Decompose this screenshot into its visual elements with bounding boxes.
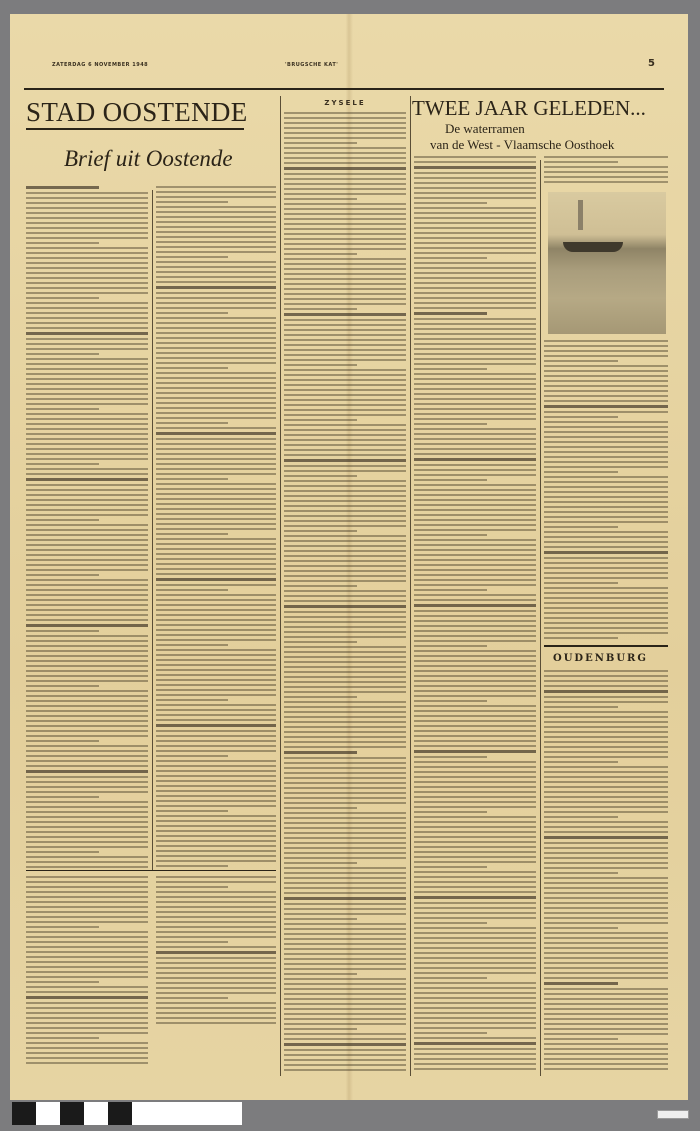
text-line bbox=[414, 730, 536, 732]
text-line bbox=[544, 421, 668, 423]
text-line bbox=[284, 1049, 406, 1051]
text-line bbox=[284, 258, 406, 260]
text-line bbox=[414, 876, 536, 878]
text-line bbox=[26, 443, 148, 445]
text-line bbox=[156, 1017, 276, 1019]
text-line bbox=[26, 891, 148, 893]
text-line bbox=[284, 646, 406, 648]
text-line bbox=[156, 982, 276, 984]
text-line bbox=[26, 307, 148, 309]
text-line bbox=[284, 580, 406, 582]
text-line bbox=[26, 217, 148, 219]
text-line bbox=[414, 519, 536, 521]
text-line bbox=[26, 222, 148, 224]
text-line bbox=[26, 695, 148, 697]
text-line bbox=[544, 171, 668, 173]
text-line bbox=[544, 756, 668, 758]
text-line bbox=[544, 766, 668, 768]
text-line bbox=[156, 936, 276, 938]
text-line bbox=[414, 413, 536, 415]
text-line bbox=[284, 681, 406, 683]
text-line bbox=[284, 711, 406, 713]
text-line bbox=[156, 992, 276, 994]
text-line bbox=[284, 968, 406, 970]
text-line bbox=[284, 117, 406, 119]
text-line bbox=[284, 213, 406, 215]
text-line bbox=[284, 882, 406, 884]
column-rule bbox=[152, 190, 153, 870]
text-line bbox=[156, 463, 276, 465]
text-line bbox=[544, 602, 668, 604]
text-line bbox=[26, 961, 148, 963]
section-title-rule bbox=[26, 128, 244, 130]
text-line bbox=[26, 816, 148, 818]
text-line bbox=[26, 463, 99, 465]
text-line bbox=[26, 861, 148, 863]
text-line bbox=[156, 186, 276, 188]
text-line bbox=[414, 740, 536, 742]
text-line bbox=[156, 674, 276, 676]
text-line bbox=[284, 444, 406, 446]
text-line bbox=[414, 912, 536, 914]
text-line bbox=[284, 651, 406, 653]
text-line bbox=[544, 806, 668, 808]
text-line bbox=[544, 637, 618, 639]
text-line bbox=[414, 1017, 536, 1019]
column-rule bbox=[540, 160, 541, 1076]
text-line bbox=[284, 545, 406, 547]
text-line bbox=[26, 796, 99, 798]
text-line bbox=[414, 851, 536, 853]
text-line bbox=[156, 216, 276, 218]
text-line bbox=[544, 932, 668, 934]
text-line bbox=[414, 886, 536, 888]
text-line bbox=[414, 343, 536, 345]
text-line bbox=[284, 500, 406, 502]
text-line bbox=[414, 549, 536, 551]
text-line bbox=[26, 966, 148, 968]
text-line bbox=[414, 312, 487, 315]
text-line bbox=[544, 511, 668, 513]
text-line bbox=[284, 812, 406, 814]
text-line bbox=[414, 277, 536, 279]
text-line bbox=[156, 553, 276, 555]
text-line bbox=[284, 666, 406, 668]
text-line bbox=[26, 368, 148, 370]
text-line bbox=[156, 266, 276, 268]
text-line bbox=[26, 428, 148, 430]
text-line bbox=[156, 563, 276, 565]
text-line bbox=[544, 375, 668, 377]
text-line bbox=[156, 548, 276, 550]
text-line bbox=[414, 333, 536, 335]
text-line bbox=[414, 655, 536, 657]
text-line bbox=[26, 1022, 148, 1024]
text-line bbox=[284, 641, 357, 643]
text-line bbox=[544, 617, 668, 619]
text-line bbox=[284, 767, 406, 769]
text-line bbox=[544, 912, 668, 914]
text-line bbox=[284, 1028, 357, 1030]
text-line bbox=[414, 156, 536, 158]
text-line bbox=[284, 676, 406, 678]
text-line bbox=[284, 203, 406, 205]
text-line bbox=[544, 385, 668, 387]
text-line bbox=[544, 746, 668, 748]
text-line bbox=[284, 278, 406, 280]
text-line bbox=[156, 780, 276, 782]
text-line bbox=[544, 831, 668, 833]
text-line bbox=[544, 811, 668, 813]
text-line bbox=[156, 508, 276, 510]
text-line bbox=[284, 988, 406, 990]
text-line bbox=[544, 501, 668, 503]
text-line bbox=[156, 624, 276, 626]
text-line bbox=[414, 524, 536, 526]
text-line bbox=[414, 997, 536, 999]
text-line bbox=[544, 481, 668, 483]
text-line bbox=[284, 122, 406, 124]
text-line bbox=[26, 574, 99, 576]
text-line bbox=[156, 332, 276, 334]
text-line bbox=[26, 609, 148, 611]
text-line bbox=[156, 709, 276, 711]
text-line bbox=[26, 821, 148, 823]
text-line bbox=[26, 413, 148, 415]
text-line bbox=[26, 665, 148, 667]
text-line bbox=[544, 476, 668, 478]
text-line bbox=[544, 577, 668, 579]
text-line bbox=[26, 232, 148, 234]
text-line bbox=[284, 741, 406, 743]
text-line bbox=[26, 750, 148, 752]
text-line bbox=[284, 329, 406, 331]
text-line bbox=[544, 181, 668, 183]
text-line bbox=[156, 911, 276, 913]
text-line bbox=[284, 147, 406, 149]
text-line bbox=[26, 931, 148, 933]
text-line bbox=[26, 1027, 148, 1029]
text-line bbox=[414, 766, 536, 768]
text-line bbox=[544, 998, 668, 1000]
text-line bbox=[156, 261, 276, 263]
text-line bbox=[26, 1032, 148, 1034]
text-line bbox=[414, 172, 536, 174]
text-line bbox=[156, 765, 276, 767]
text-line bbox=[284, 661, 406, 663]
text-line bbox=[156, 694, 276, 696]
text-line bbox=[156, 962, 276, 964]
text-line bbox=[414, 715, 536, 717]
text-line bbox=[414, 484, 536, 486]
text-line bbox=[284, 872, 406, 874]
column-rule bbox=[280, 96, 281, 1076]
text-line bbox=[414, 967, 536, 969]
text-line bbox=[414, 685, 536, 687]
text-line bbox=[544, 801, 668, 803]
section-title-stad-oostende: STAD OOSTENDE bbox=[26, 97, 247, 128]
text-column-4 bbox=[414, 156, 536, 1072]
text-line bbox=[156, 297, 276, 299]
text-line bbox=[414, 650, 536, 652]
text-line bbox=[26, 458, 148, 460]
text-line bbox=[156, 407, 276, 409]
text-line bbox=[26, 705, 148, 707]
text-line bbox=[414, 353, 536, 355]
text-line bbox=[544, 902, 668, 904]
text-line bbox=[414, 750, 536, 753]
text-line bbox=[544, 395, 668, 397]
text-line bbox=[284, 998, 406, 1000]
text-line bbox=[284, 1069, 406, 1071]
text-line bbox=[544, 491, 668, 493]
text-line bbox=[26, 791, 148, 793]
text-line bbox=[26, 272, 148, 274]
header-rule bbox=[24, 88, 664, 90]
text-line bbox=[26, 423, 148, 425]
text-line bbox=[284, 193, 406, 195]
text-line bbox=[284, 983, 406, 985]
text-line bbox=[414, 509, 536, 511]
text-line bbox=[414, 756, 487, 758]
text-line bbox=[156, 850, 276, 852]
text-line bbox=[26, 524, 148, 526]
text-line bbox=[156, 327, 276, 329]
text-line bbox=[414, 947, 536, 949]
text-line bbox=[26, 378, 148, 380]
text-line bbox=[414, 554, 536, 556]
text-line bbox=[284, 263, 406, 265]
text-line bbox=[26, 836, 148, 838]
text-line bbox=[284, 369, 406, 371]
text-line bbox=[26, 936, 148, 938]
page-number: 5 bbox=[648, 58, 655, 69]
text-line bbox=[26, 277, 148, 279]
text-line bbox=[284, 434, 406, 436]
text-line bbox=[26, 509, 148, 511]
text-line bbox=[156, 286, 276, 289]
text-line bbox=[26, 660, 148, 662]
text-line bbox=[156, 719, 276, 721]
text-line bbox=[544, 156, 668, 158]
text-line bbox=[414, 323, 536, 325]
text-line bbox=[26, 514, 148, 516]
text-line bbox=[156, 528, 276, 530]
text-line bbox=[284, 152, 406, 154]
text-line bbox=[26, 373, 148, 375]
text-line bbox=[414, 801, 536, 803]
text-line bbox=[156, 498, 276, 500]
text-line bbox=[156, 1022, 276, 1024]
text-line bbox=[26, 227, 148, 229]
text-line bbox=[284, 359, 406, 361]
text-line bbox=[26, 619, 148, 621]
text-line bbox=[26, 730, 148, 732]
text-line bbox=[26, 499, 148, 501]
text-line bbox=[544, 627, 668, 629]
text-line bbox=[544, 927, 618, 929]
text-line bbox=[414, 922, 487, 924]
text-line bbox=[414, 464, 536, 466]
text-line bbox=[284, 364, 357, 366]
text-line bbox=[26, 287, 148, 289]
text-line bbox=[414, 292, 536, 294]
text-line bbox=[544, 701, 668, 703]
text-line bbox=[414, 796, 536, 798]
text-line bbox=[414, 373, 536, 375]
text-line bbox=[414, 725, 536, 727]
text-line bbox=[284, 595, 406, 597]
text-line bbox=[544, 597, 668, 599]
text-line bbox=[414, 952, 536, 954]
text-line bbox=[156, 957, 276, 959]
text-line bbox=[284, 978, 406, 980]
text-line bbox=[414, 318, 536, 320]
text-line bbox=[544, 826, 668, 828]
text-line bbox=[156, 352, 276, 354]
text-line bbox=[284, 1038, 406, 1040]
text-line bbox=[544, 166, 668, 168]
text-line bbox=[414, 443, 536, 445]
text-line bbox=[414, 932, 536, 934]
text-line bbox=[156, 357, 276, 359]
text-line bbox=[156, 946, 276, 948]
text-line bbox=[284, 1023, 406, 1025]
text-line bbox=[414, 881, 536, 883]
text-line bbox=[284, 137, 406, 139]
text-line bbox=[26, 700, 148, 702]
text-line bbox=[414, 896, 536, 899]
text-line bbox=[414, 584, 536, 586]
text-line bbox=[284, 288, 406, 290]
scale-swatch bbox=[108, 1102, 132, 1125]
text-line bbox=[156, 825, 276, 827]
text-line bbox=[284, 565, 406, 567]
text-line bbox=[544, 441, 668, 443]
text-line bbox=[544, 857, 668, 859]
text-line bbox=[156, 860, 276, 862]
text-line bbox=[544, 821, 668, 823]
text-line bbox=[544, 592, 668, 594]
text-line bbox=[26, 292, 148, 294]
text-line bbox=[26, 569, 148, 571]
text-line bbox=[26, 826, 148, 828]
text-line bbox=[26, 212, 148, 214]
header-date: ZATERDAG 6 NOVEMBER 1948 bbox=[52, 62, 148, 68]
text-line bbox=[156, 599, 276, 601]
text-line bbox=[26, 1012, 148, 1014]
text-line bbox=[284, 132, 406, 134]
text-line bbox=[156, 760, 276, 762]
text-line bbox=[156, 830, 276, 832]
text-line bbox=[26, 996, 148, 999]
text-line bbox=[26, 363, 148, 365]
text-line bbox=[284, 631, 406, 633]
text-line bbox=[414, 982, 536, 984]
text-line bbox=[414, 871, 536, 873]
text-line bbox=[156, 362, 276, 364]
text-line bbox=[544, 741, 668, 743]
text-line bbox=[414, 695, 536, 697]
text-line bbox=[26, 554, 148, 556]
text-line bbox=[26, 453, 148, 455]
text-line bbox=[544, 836, 668, 839]
text-line bbox=[544, 562, 668, 564]
text-line bbox=[284, 590, 406, 592]
text-line bbox=[26, 388, 148, 390]
text-line bbox=[26, 776, 148, 778]
text-line bbox=[284, 751, 357, 754]
text-line bbox=[26, 489, 148, 491]
text-line bbox=[284, 319, 406, 321]
text-line bbox=[414, 670, 536, 672]
text-line bbox=[284, 897, 406, 900]
text-line bbox=[156, 276, 276, 278]
text-line bbox=[544, 736, 668, 738]
text-line bbox=[414, 635, 536, 637]
text-line bbox=[26, 866, 148, 868]
text-line bbox=[284, 636, 406, 638]
text-line bbox=[414, 348, 536, 350]
text-line bbox=[414, 640, 536, 642]
text-line bbox=[156, 312, 228, 314]
text-line bbox=[156, 800, 276, 802]
text-line bbox=[414, 604, 536, 607]
text-line bbox=[284, 938, 406, 940]
text-line bbox=[156, 518, 276, 520]
text-line bbox=[26, 599, 148, 601]
text-line bbox=[156, 251, 276, 253]
text-line bbox=[156, 770, 276, 772]
text-line bbox=[544, 161, 618, 163]
text-line bbox=[26, 504, 148, 506]
text-line bbox=[284, 454, 406, 456]
text-line bbox=[544, 1043, 668, 1045]
text-line bbox=[156, 387, 276, 389]
text-line bbox=[284, 746, 406, 748]
text-line bbox=[284, 470, 406, 472]
text-line bbox=[414, 579, 536, 581]
text-line bbox=[284, 167, 406, 170]
text-line bbox=[26, 956, 148, 958]
text-line bbox=[414, 287, 536, 289]
text-line bbox=[414, 907, 536, 909]
text-line bbox=[414, 745, 536, 747]
text-line bbox=[284, 837, 406, 839]
text-line bbox=[284, 993, 406, 995]
text-line bbox=[544, 380, 668, 382]
text-line bbox=[156, 745, 276, 747]
text-line bbox=[26, 735, 148, 737]
text-line bbox=[284, 691, 406, 693]
text-line bbox=[414, 166, 536, 169]
text-line bbox=[284, 887, 406, 889]
text-line bbox=[544, 776, 668, 778]
text-line bbox=[544, 988, 668, 990]
column-rule bbox=[410, 96, 411, 1076]
text-line bbox=[414, 393, 536, 395]
scale-swatch bbox=[12, 1102, 36, 1125]
text-line bbox=[156, 820, 276, 822]
text-line bbox=[414, 917, 536, 919]
text-line bbox=[156, 835, 276, 837]
text-line bbox=[156, 448, 276, 450]
text-line bbox=[414, 307, 536, 309]
text-line bbox=[414, 1037, 536, 1039]
text-line bbox=[26, 916, 148, 918]
text-line bbox=[156, 876, 276, 878]
text-line bbox=[284, 334, 406, 336]
